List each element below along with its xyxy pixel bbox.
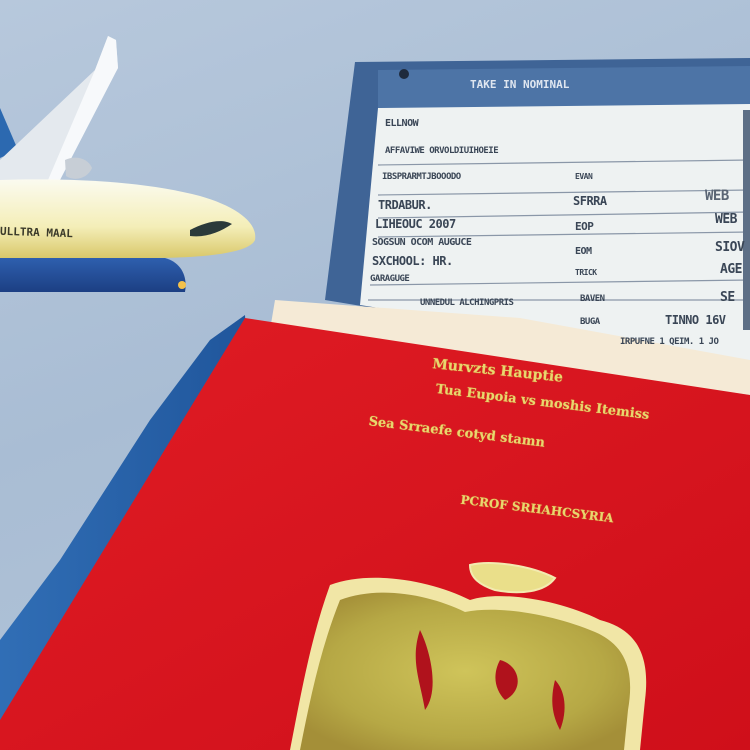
ticket-line: EVAN — [575, 172, 592, 181]
model-airplane — [0, 36, 255, 292]
ticket-line: IBSPRARMTJBOOODO — [382, 172, 461, 182]
ticket-line: EOM — [575, 246, 592, 257]
ticket-line: WEB — [715, 212, 737, 227]
ticket-line: SIOV — [715, 240, 744, 255]
ticket-line: SXCHOOL: HR. — [372, 254, 453, 268]
scene-shapes — [0, 0, 750, 750]
ticket-line: WEB — [705, 188, 729, 204]
ticket-header: TAKE IN NOMINAL — [470, 78, 569, 91]
ticket-line: BAVEN — [580, 294, 605, 304]
airplane-livery-text: ULLTRA MAAL — [0, 225, 73, 241]
ticket-line: EOP — [575, 220, 593, 233]
ticket-line: SFRRA — [573, 194, 607, 208]
ticket-line: IRPUFNE 1 QEIM. 1 JO — [620, 337, 718, 347]
ticket-line: TINNO 16V — [665, 313, 726, 327]
ticket-line: LIHEOUC 2007 — [375, 217, 456, 231]
ticket-line: BUGA — [580, 317, 600, 327]
ticket-line: GARAGUGE — [370, 274, 409, 284]
ticket-line: SE — [720, 290, 735, 305]
ticket-line: TRICK — [575, 268, 597, 277]
ticket-line: SOGSUN OCOM AUGUCE — [372, 237, 471, 248]
ticket-line: ELLNOW — [385, 118, 418, 129]
ticket-line: TRDABUR. — [378, 198, 432, 212]
photo-scene: TAKE IN NOMINAL ELLNOW AFFAVIWE ORVOLDIU… — [0, 0, 750, 750]
ticket-line: UNNEDUL ALCHINGPRIS — [420, 298, 513, 308]
ticket-line: AFFAVIWE ORVOLDIUIHOEIE — [385, 146, 498, 156]
ticket-line: AGE — [720, 262, 742, 277]
